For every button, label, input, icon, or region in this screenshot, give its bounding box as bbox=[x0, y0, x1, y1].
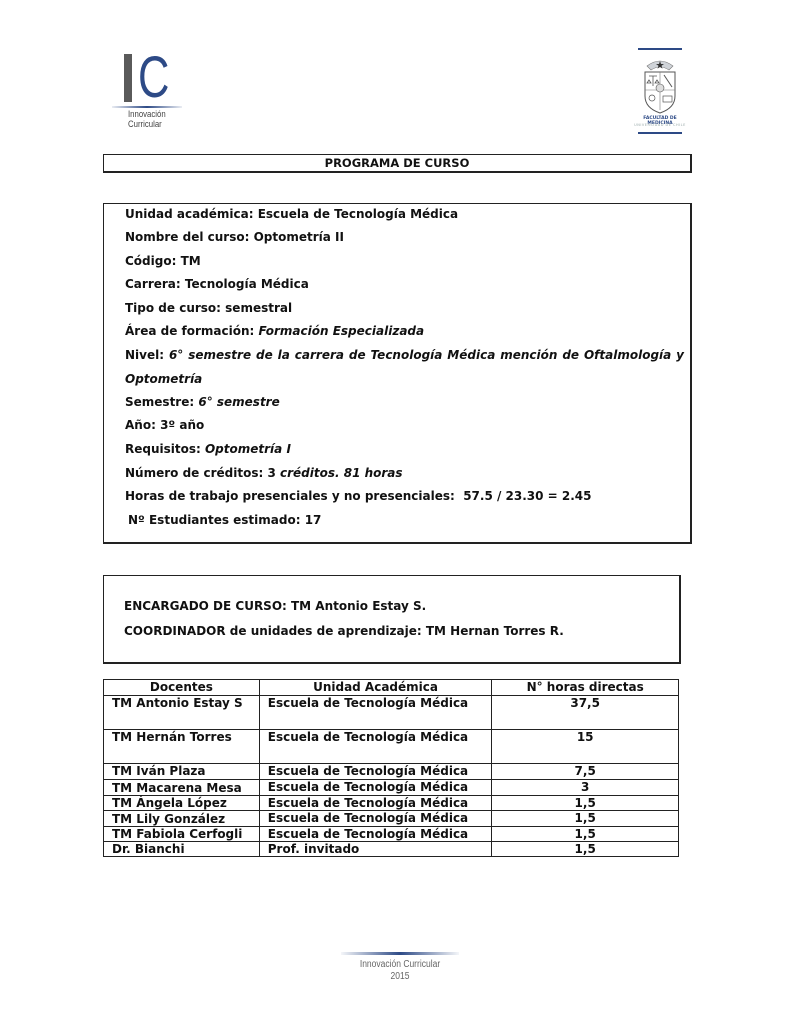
page-footer: Innovación Curricular 2015 bbox=[340, 952, 460, 983]
responsables-box: ENCARGADO DE CURSO: TM Antonio Estay S. … bbox=[103, 575, 681, 664]
info-codigo: Código: TM bbox=[125, 254, 201, 268]
logo-letter-i bbox=[124, 54, 132, 102]
cell-horas: 1,5 bbox=[492, 827, 679, 842]
encargado-curso: ENCARGADO DE CURSO: TM Antonio Estay S. bbox=[124, 599, 426, 613]
logo-text-line2: Curricular bbox=[128, 120, 166, 130]
info-horas-trabajo: Horas de trabajo presenciales y no prese… bbox=[125, 489, 592, 503]
info-nombre-curso: Nombre del curso: Optometría II bbox=[125, 230, 344, 244]
cell-unidad: Prof. invitado bbox=[259, 842, 492, 857]
docentes-table: Docentes Unidad Académica N° horas direc… bbox=[103, 679, 679, 857]
logo-bottom-rule bbox=[638, 132, 682, 134]
innovacion-curricular-logo: C Innovación Curricular bbox=[112, 50, 186, 136]
cell-horas: 7,5 bbox=[492, 764, 679, 780]
table-row: TM Ángela López Escuela de Tecnología Mé… bbox=[104, 796, 679, 811]
logo-letter-c: C bbox=[138, 54, 169, 102]
cell-horas: 15 bbox=[492, 730, 679, 764]
logo-rule bbox=[112, 106, 182, 108]
cell-horas: 37,5 bbox=[492, 696, 679, 730]
table-row: TM Iván Plaza Escuela de Tecnología Médi… bbox=[104, 764, 679, 780]
cell-docente: TM Hernán Torres bbox=[104, 730, 260, 764]
cell-horas: 1,5 bbox=[492, 811, 679, 827]
logo-text: Innovación Curricular bbox=[128, 110, 166, 130]
cell-unidad: Escuela de Tecnología Médica bbox=[259, 780, 492, 796]
footer-text: Innovación Curricular bbox=[349, 959, 451, 971]
info-semestre: Semestre: 6° semestre bbox=[125, 395, 280, 409]
cell-docente: TM Macarena Mesa bbox=[104, 780, 260, 796]
cell-unidad: Escuela de Tecnología Médica bbox=[259, 796, 492, 811]
footer-year: 2015 bbox=[349, 971, 451, 983]
cell-docente: TM Ángela López bbox=[104, 796, 260, 811]
cell-unidad: Escuela de Tecnología Médica bbox=[259, 764, 492, 780]
info-unidad-academica: Unidad académica: Escuela de Tecnología … bbox=[125, 207, 458, 221]
cell-docente: Dr. Bianchi bbox=[104, 842, 260, 857]
info-nivel: Nivel: 6° semestre de la carrera de Tecn… bbox=[125, 348, 684, 362]
table-header-row: Docentes Unidad Académica N° horas direc… bbox=[104, 680, 679, 696]
info-creditos: Número de créditos: 3 créditos. 81 horas bbox=[125, 466, 403, 480]
info-tipo-curso: Tipo de curso: semestral bbox=[125, 301, 292, 315]
cell-unidad: Escuela de Tecnología Médica bbox=[259, 730, 492, 764]
page-title: PROGRAMA DE CURSO bbox=[103, 154, 692, 173]
info-requisitos: Requisitos: Optometría I bbox=[125, 442, 291, 456]
header-docentes: Docentes bbox=[104, 680, 260, 696]
course-info-box: Unidad académica: Escuela de Tecnología … bbox=[103, 203, 692, 544]
cell-horas: 3 bbox=[492, 780, 679, 796]
cell-unidad: Escuela de Tecnología Médica bbox=[259, 811, 492, 827]
cell-docente: TM Antonio Estay S bbox=[104, 696, 260, 730]
table-row: TM Antonio Estay S Escuela de Tecnología… bbox=[104, 696, 679, 730]
cell-horas: 1,5 bbox=[492, 842, 679, 857]
info-nivel-cont: Optometría bbox=[125, 372, 202, 386]
cell-docente: TM Lily González bbox=[104, 811, 260, 827]
coordinador: COORDINADOR de unidades de aprendizaje: … bbox=[124, 624, 564, 638]
table-row: TM Macarena Mesa Escuela de Tecnología M… bbox=[104, 780, 679, 796]
facultad-medicina-logo: FACULTAD DE MEDICINA UNIVERSIDAD DE CHIL… bbox=[628, 46, 688, 138]
table-row: TM Fabiola Cerfogli Escuela de Tecnologí… bbox=[104, 827, 679, 842]
info-anio: Año: 3º año bbox=[125, 418, 204, 432]
logo-subcaption: UNIVERSIDAD DE CHILE bbox=[630, 123, 690, 127]
ic-logo-mark: C bbox=[124, 50, 180, 102]
info-area-formacion: Área de formación: Formación Especializa… bbox=[125, 324, 424, 338]
coat-of-arms-icon bbox=[639, 56, 681, 114]
footer-rule bbox=[341, 952, 459, 955]
table-row: TM Lily González Escuela de Tecnología M… bbox=[104, 811, 679, 827]
cell-unidad: Escuela de Tecnología Médica bbox=[259, 696, 492, 730]
logo-top-rule bbox=[638, 48, 682, 50]
cell-docente: TM Iván Plaza bbox=[104, 764, 260, 780]
info-estudiantes: Nº Estudiantes estimado: 17 bbox=[128, 513, 321, 527]
cell-docente: TM Fabiola Cerfogli bbox=[104, 827, 260, 842]
table-row: TM Hernán Torres Escuela de Tecnología M… bbox=[104, 730, 679, 764]
info-carrera: Carrera: Tecnología Médica bbox=[125, 277, 309, 291]
header-unidad-academica: Unidad Académica bbox=[259, 680, 492, 696]
header-horas-directas: N° horas directas bbox=[492, 680, 679, 696]
cell-unidad: Escuela de Tecnología Médica bbox=[259, 827, 492, 842]
table-row: Dr. Bianchi Prof. invitado 1,5 bbox=[104, 842, 679, 857]
cell-horas: 1,5 bbox=[492, 796, 679, 811]
